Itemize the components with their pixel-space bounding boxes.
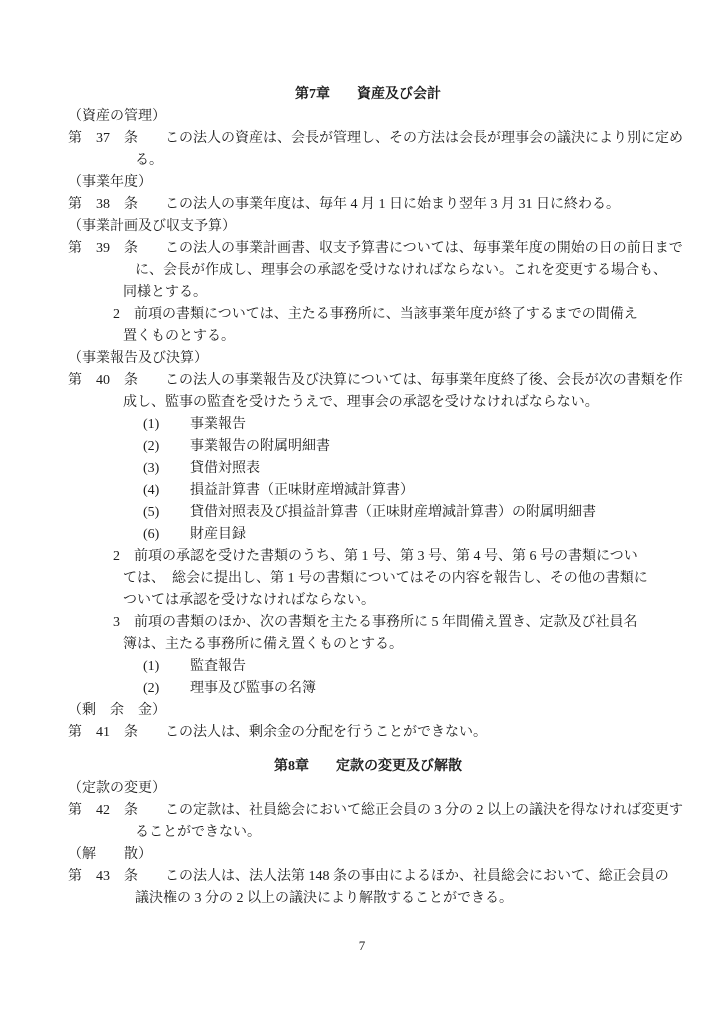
article-caption: （事業年度） <box>68 172 668 194</box>
article-number: 第 38 条 <box>68 194 165 216</box>
list-item-marker: (2) <box>143 436 190 458</box>
text-line: 同様とする。 <box>68 282 668 304</box>
list-item-text: 事業報告 <box>190 417 246 432</box>
document-page: 第7章資産及び会計（資産の管理）第 37 条この法人の資産は、会長が管理し、その… <box>0 0 724 1024</box>
article-number: 第 39 条 <box>68 238 165 260</box>
text-line: 簿は、主たる事務所に備え置くものとする。 <box>68 634 668 656</box>
section-spacer <box>68 744 668 756</box>
article-caption: （定款の変更） <box>68 778 668 800</box>
list-item-text: 監査報告 <box>190 659 246 674</box>
article-number: 第 41 条 <box>68 722 165 744</box>
list-item-text: 貸借対照表及び損益計算書（正味財産増減計算書）の附属明細書 <box>190 505 596 520</box>
text-line: ては、 総会に提出し、第 1 号の書類についてはその内容を報告し、その他の書類に <box>68 568 668 590</box>
text-line: 2 前項の承認を受けた書類のうち、第 1 号、第 3 号、第 4 号、第 6 号… <box>68 546 668 568</box>
article-number: 第 37 条 <box>68 128 165 150</box>
article-text: この定款は、社員総会において総正会員の 3 分の 2 以上の議決を得なければ変更… <box>165 803 683 818</box>
text-line: 成し、監事の監査を受けたうえで、理事会の承認を受けなければならない。 <box>68 392 668 414</box>
article-text: この法人は、剰余金の分配を行うことができない。 <box>165 725 487 740</box>
chapter-heading: 第8章定款の変更及び解散 <box>68 756 668 778</box>
text-line: ることができない。 <box>68 822 668 844</box>
list-item: (5)貸借対照表及び損益計算書（正味財産増減計算書）の附属明細書 <box>68 502 668 524</box>
list-item: (1)事業報告 <box>68 414 668 436</box>
chapter-title: 資産及び会計 <box>357 87 441 102</box>
article-line: 第 39 条この法人の事業計画書、収支予算書については、毎事業年度の開始の日の前… <box>68 238 668 260</box>
text-line: 3 前項の書類のほか、次の書類を主たる事務所に 5 年間備え置き、定款及び社員名 <box>68 612 668 634</box>
article-text: この法人の事業報告及び決算については、毎事業年度終了後、会長が次の書類を作 <box>165 373 683 388</box>
chapter-title: 定款の変更及び解散 <box>336 759 462 774</box>
list-item-marker: (4) <box>143 480 190 502</box>
chapter-number: 第7章 <box>295 87 330 102</box>
article-number: 第 42 条 <box>68 800 165 822</box>
list-item-text: 貸借対照表 <box>190 461 260 476</box>
list-item: (2)理事及び監事の名簿 <box>68 678 668 700</box>
article-text: この法人の事業年度は、毎年 4 月 1 日に始まり翌年 3 月 31 日に終わる… <box>165 197 620 212</box>
list-item: (6)財産目録 <box>68 524 668 546</box>
list-item-marker: (1) <box>143 656 190 678</box>
article-number: 第 40 条 <box>68 370 165 392</box>
article-number: 第 43 条 <box>68 866 165 888</box>
article-caption: （解 散） <box>68 844 668 866</box>
article-line: 第 40 条この法人の事業報告及び決算については、毎事業年度終了後、会長が次の書… <box>68 370 668 392</box>
list-item: (1)監査報告 <box>68 656 668 678</box>
article-caption: （事業報告及び決算） <box>68 348 668 370</box>
list-item-marker: (5) <box>143 502 190 524</box>
text-line: 2 前項の書類については、主たる事務所に、当該事業年度が終了するまでの間備え <box>68 304 668 326</box>
chapter-heading: 第7章資産及び会計 <box>68 84 668 106</box>
text-line: に、会長が作成し、理事会の承認を受けなければならない。これを変更する場合も、 <box>68 260 668 282</box>
list-item: (3)貸借対照表 <box>68 458 668 480</box>
page-number: 7 <box>0 938 724 954</box>
article-caption: （資産の管理） <box>68 106 668 128</box>
article-caption: （剰 余 金） <box>68 700 668 722</box>
list-item: (2)事業報告の附属明細書 <box>68 436 668 458</box>
list-item-marker: (1) <box>143 414 190 436</box>
article-line: 第 43 条この法人は、法人法第 148 条の事由によるほか、社員総会において、… <box>68 866 668 888</box>
text-line: 議決権の 3 分の 2 以上の議決により解散することができる。 <box>68 888 668 910</box>
list-item-marker: (3) <box>143 458 190 480</box>
list-item-text: 財産目録 <box>190 527 246 542</box>
text-line: 置くものとする。 <box>68 326 668 348</box>
chapter-number: 第8章 <box>274 759 309 774</box>
article-caption: （事業計画及び収支予算） <box>68 216 668 238</box>
list-item-text: 損益計算書（正味財産増減計算書） <box>190 483 414 498</box>
article-text: この法人の事業計画書、収支予算書については、毎事業年度の開始の日の前日まで <box>165 241 683 256</box>
list-item-text: 理事及び監事の名簿 <box>190 681 316 696</box>
list-item-text: 事業報告の附属明細書 <box>190 439 330 454</box>
list-item-marker: (6) <box>143 524 190 546</box>
text-line: る。 <box>68 150 668 172</box>
article-text: この法人は、法人法第 148 条の事由によるほか、社員総会において、総正会員の <box>165 869 669 884</box>
article-line: 第 38 条この法人の事業年度は、毎年 4 月 1 日に始まり翌年 3 月 31… <box>68 194 668 216</box>
article-line: 第 42 条この定款は、社員総会において総正会員の 3 分の 2 以上の議決を得… <box>68 800 668 822</box>
article-text: この法人の資産は、会長が管理し、その方法は会長が理事会の議決により別に定め <box>165 131 683 146</box>
text-line: ついては承認を受けなければならない。 <box>68 590 668 612</box>
document-body: 第7章資産及び会計（資産の管理）第 37 条この法人の資産は、会長が管理し、その… <box>68 84 668 910</box>
article-line: 第 41 条この法人は、剰余金の分配を行うことができない。 <box>68 722 668 744</box>
article-line: 第 37 条この法人の資産は、会長が管理し、その方法は会長が理事会の議決により別… <box>68 128 668 150</box>
list-item-marker: (2) <box>143 678 190 700</box>
list-item: (4)損益計算書（正味財産増減計算書） <box>68 480 668 502</box>
